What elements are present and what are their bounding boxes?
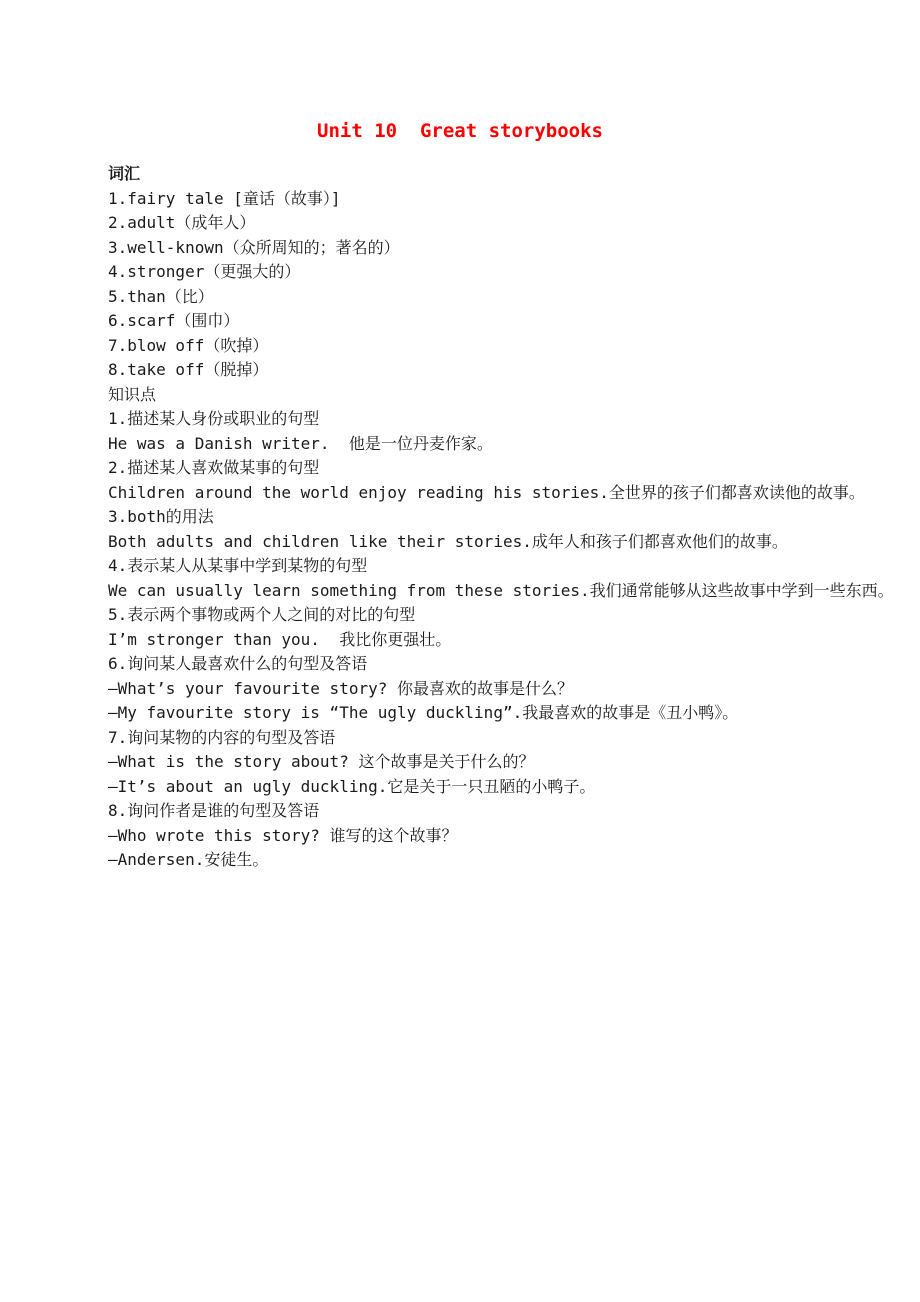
knowledge-line: —Who wrote this story? 谁写的这个故事？ — [108, 824, 900, 849]
knowledge-line: 7.询问某物的内容的句型及答语 — [108, 726, 900, 751]
knowledge-line: —What is the story about? 这个故事是关于什么的？ — [108, 750, 900, 775]
vocab-item: 5.than（比） — [108, 285, 900, 310]
knowledge-line: 6.询问某人最喜欢什么的句型及答语 — [108, 652, 900, 677]
vocab-item: 1.fairy tale [童话（故事）] — [108, 187, 900, 212]
knowledge-line: —Andersen.安徒生。 — [108, 848, 900, 873]
knowledge-line: —My favourite story is “The ugly ducklin… — [108, 701, 900, 726]
knowledge-line: —It’s about an ugly duckling.它是关于一只丑陋的小鸭… — [108, 775, 900, 800]
knowledge-line: —What’s your favourite story? 你最喜欢的故事是什么… — [108, 677, 900, 702]
knowledge-line: Children around the world enjoy reading … — [108, 481, 900, 506]
knowledge-line: 4.表示某人从某事中学到某物的句型 — [108, 554, 900, 579]
vocab-item: 8.take off（脱掉） — [108, 358, 900, 383]
vocab-item: 7.blow off（吹掉） — [108, 334, 900, 359]
knowledge-line: 1.描述某人身份或职业的句型 — [108, 407, 900, 432]
knowledge-line: 8.询问作者是谁的句型及答语 — [108, 799, 900, 824]
knowledge-section-header: 知识点 — [108, 383, 900, 408]
vocab-item: 6.scarf（围巾） — [108, 309, 900, 334]
knowledge-line: Both adults and children like their stor… — [108, 530, 900, 555]
knowledge-line: We can usually learn something from thes… — [108, 579, 900, 604]
vocab-item: 4.stronger（更强大的） — [108, 260, 900, 285]
page-title: Unit 10 Great storybooks — [0, 0, 920, 144]
knowledge-line: He was a Danish writer. 他是一位丹麦作家。 — [108, 432, 900, 457]
document-page: Unit 10 Great storybooks 词汇 1.fairy tale… — [0, 0, 920, 1302]
document-content: 词汇 1.fairy tale [童话（故事）] 2.adult（成年人） 3.… — [108, 162, 900, 873]
knowledge-line: 2.描述某人喜欢做某事的句型 — [108, 456, 900, 481]
vocab-section-header: 词汇 — [108, 162, 900, 187]
vocab-item: 3.well-known（众所周知的；著名的） — [108, 236, 900, 261]
knowledge-line: 5.表示两个事物或两个人之间的对比的句型 — [108, 603, 900, 628]
vocab-item: 2.adult（成年人） — [108, 211, 900, 236]
knowledge-line: I’m stronger than you. 我比你更强壮。 — [108, 628, 900, 653]
knowledge-line: 3.both的用法 — [108, 505, 900, 530]
